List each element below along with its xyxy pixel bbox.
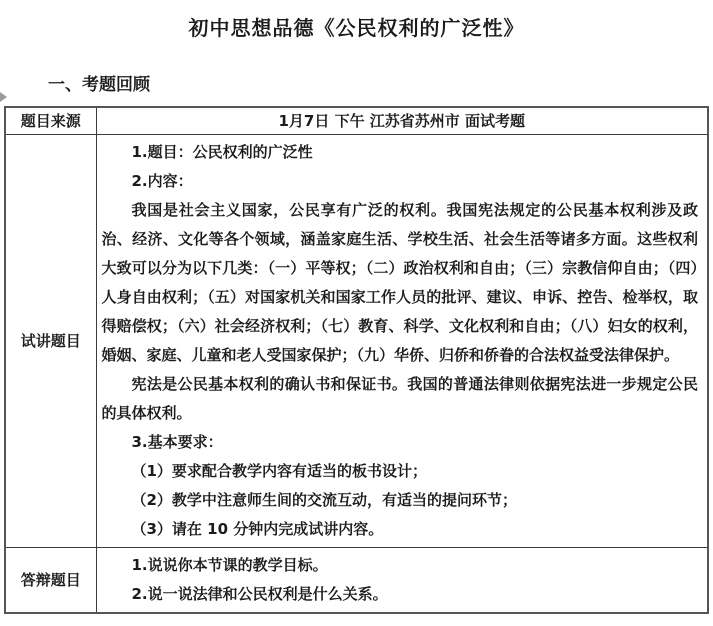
table-row-defense-questions: 答辩题目 1.说说你本节课的教学目标。 2.说一说法律和公民权利是什么关系。 — [5, 547, 708, 613]
left-margin-arrow-icon — [0, 92, 7, 102]
document-page: 初中思想品德《公民权利的广泛性》 一、考题回顾 题目来源 1月7日 下午 江苏省… — [0, 14, 713, 614]
section-heading: 一、考题回顾 — [48, 73, 713, 97]
row-label-defense-questions: 答辩题目 — [5, 547, 96, 613]
row-label-source: 题目来源 — [5, 107, 96, 134]
lecture-paragraph-requirements-label: 3.基本要求： — [102, 428, 699, 457]
lecture-topic-content: 1.题目：公民权利的广泛性 2.内容： 我国是社会主义国家，公民享有广泛的权利。… — [96, 134, 708, 547]
lecture-paragraph-content-label: 2.内容： — [102, 167, 699, 196]
table-row-lecture-topic: 试讲题目 1.题目：公民权利的广泛性 2.内容： 我国是社会主义国家，公民享有广… — [5, 134, 708, 547]
lecture-paragraph-title: 1.题目：公民权利的广泛性 — [102, 138, 699, 167]
defense-question-1: 1.说说你本节课的教学目标。 — [102, 551, 699, 580]
lecture-requirement-2: （2）教学中注意师生间的交流互动，有适当的提问环节； — [102, 486, 699, 515]
lecture-requirement-1: （1）要求配合教学内容有适当的板书设计； — [102, 457, 699, 486]
exam-review-table: 题目来源 1月7日 下午 江苏省苏州市 面试考题 试讲题目 1.题目：公民权利的… — [4, 106, 709, 614]
source-value: 1月7日 下午 江苏省苏州市 面试考题 — [96, 107, 708, 134]
row-label-lecture-topic: 试讲题目 — [5, 134, 96, 547]
lecture-requirement-3: （3）请在 10 分钟内完成试讲内容。 — [102, 515, 699, 544]
table-row-source: 题目来源 1月7日 下午 江苏省苏州市 面试考题 — [5, 107, 708, 134]
defense-question-2: 2.说一说法律和公民权利是什么关系。 — [102, 580, 699, 609]
lecture-paragraph-body-2: 宪法是公民基本权利的确认书和保证书。我国的普通法律则依据宪法进一步规定公民的具体… — [102, 370, 699, 428]
lecture-paragraph-body-1: 我国是社会主义国家，公民享有广泛的权利。我国宪法规定的公民基本权利涉及政治、经济… — [102, 196, 699, 370]
defense-questions-content: 1.说说你本节课的教学目标。 2.说一说法律和公民权利是什么关系。 — [96, 547, 708, 613]
page-title: 初中思想品德《公民权利的广泛性》 — [0, 14, 713, 42]
